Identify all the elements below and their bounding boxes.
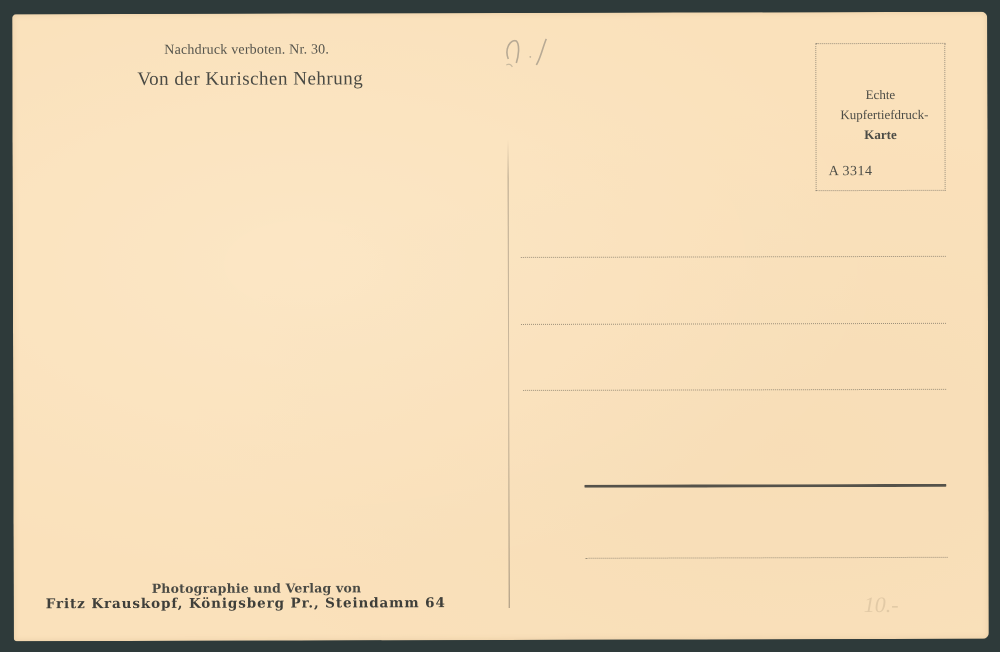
card-code: A 3314 — [829, 164, 873, 180]
scanned-postcard: Nachdruck verboten. Nr. 30. Von der Kuri… — [0, 0, 1000, 652]
postcard-back: Nachdruck verboten. Nr. 30. Von der Kuri… — [12, 12, 989, 642]
publisher-line-2: Fritz Krauskopf, Königsberg Pr., Steinda… — [46, 595, 446, 612]
stamp-text-karte: Karte — [816, 125, 944, 145]
stamp-text-kupfertiefdruck: Kupfertiefdruck- — [820, 105, 948, 125]
address-line-3 — [523, 389, 946, 391]
stamp-placement-box: Echte Kupfertiefdruck- Karte A 3314 — [815, 43, 945, 191]
card-title: Von der Kurischen Nehrung — [137, 68, 363, 91]
center-divider-line — [508, 140, 510, 608]
publisher-line-1: Photographie und Verlag von — [152, 580, 362, 596]
address-line-4-solid — [584, 484, 946, 488]
address-line-5 — [586, 557, 948, 559]
address-line-1 — [521, 256, 946, 258]
reprint-notice: Nachdruck verboten. Nr. 30. — [164, 42, 329, 58]
address-line-2 — [521, 323, 946, 325]
faint-pencil-note: 10.- — [864, 592, 899, 618]
pencil-mark-icon — [502, 35, 562, 75]
stamp-text-echte: Echte — [816, 85, 944, 105]
